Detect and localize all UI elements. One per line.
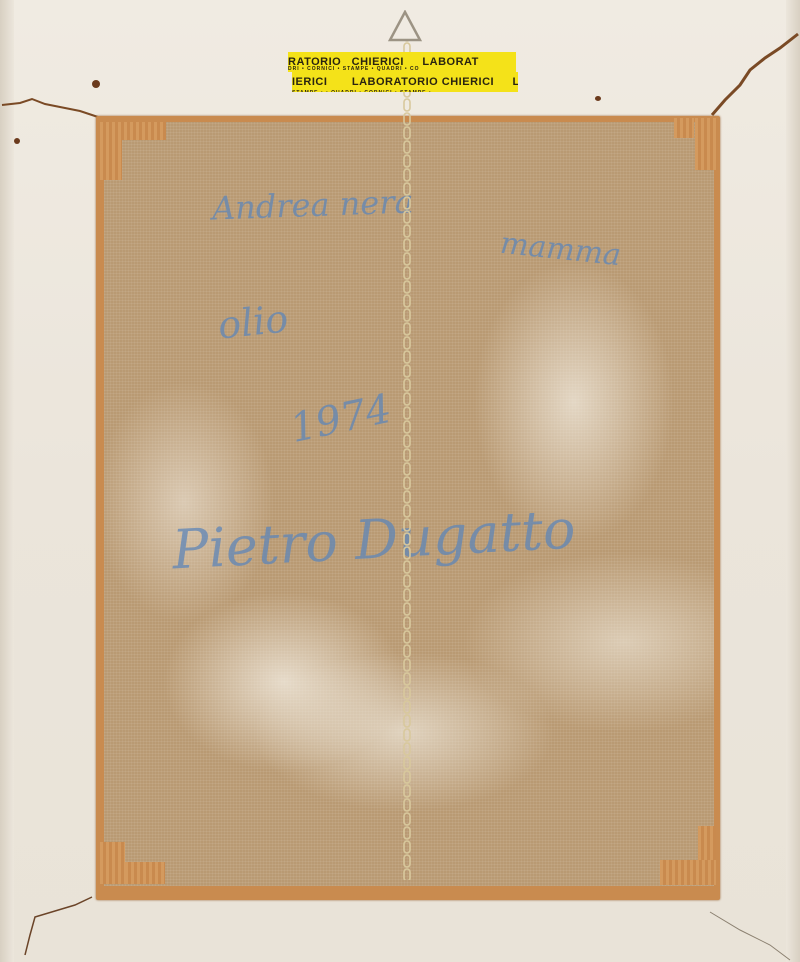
inscription-line3: olio [216,296,290,347]
corner-key-top-right-v [695,118,717,170]
hanging-chain [400,0,414,890]
corner-key-top-left-v [100,140,122,180]
frame-edge-right [786,0,800,962]
corner-key-bottom-left [100,842,125,884]
label-text: LABO [513,76,518,88]
framer-label-top: RATORIO CHIERICI LABORAT [288,52,516,66]
frame-edge-left [0,0,14,962]
corner-key-bottom-right [660,860,716,885]
corner-key-top-right [674,118,694,138]
stain-spot [595,96,601,101]
plaster-crack-top-right [710,30,800,120]
corner-key-top-left [100,122,166,140]
plaster-crack-bottom-left [20,895,100,962]
label-text: IERICI [292,76,327,88]
label-text: RATORIO [288,56,341,66]
plaster-crack-top-left [0,95,110,125]
triangle-hanger-icon [387,10,423,42]
corner-key-bottom-right-v [698,826,716,860]
corner-key-bottom-left-h [125,862,165,884]
inscription-line1: Andrea nera [211,182,414,227]
label-text: LABORAT [422,56,478,66]
label-text: CHIERICI [352,56,404,66]
stain-spot [92,80,100,88]
label-subtext: STAMPE • • QUADRI • CORNICI • STAMPE • [292,90,518,92]
framer-label-bottom: IERICI LABORATORIO CHIERICI LABO STAMPE … [292,72,518,92]
label-text: LABORATORIO CHIERICI [352,76,494,88]
stain-spot [14,138,20,144]
plaster-crack-bottom-right [700,910,800,962]
